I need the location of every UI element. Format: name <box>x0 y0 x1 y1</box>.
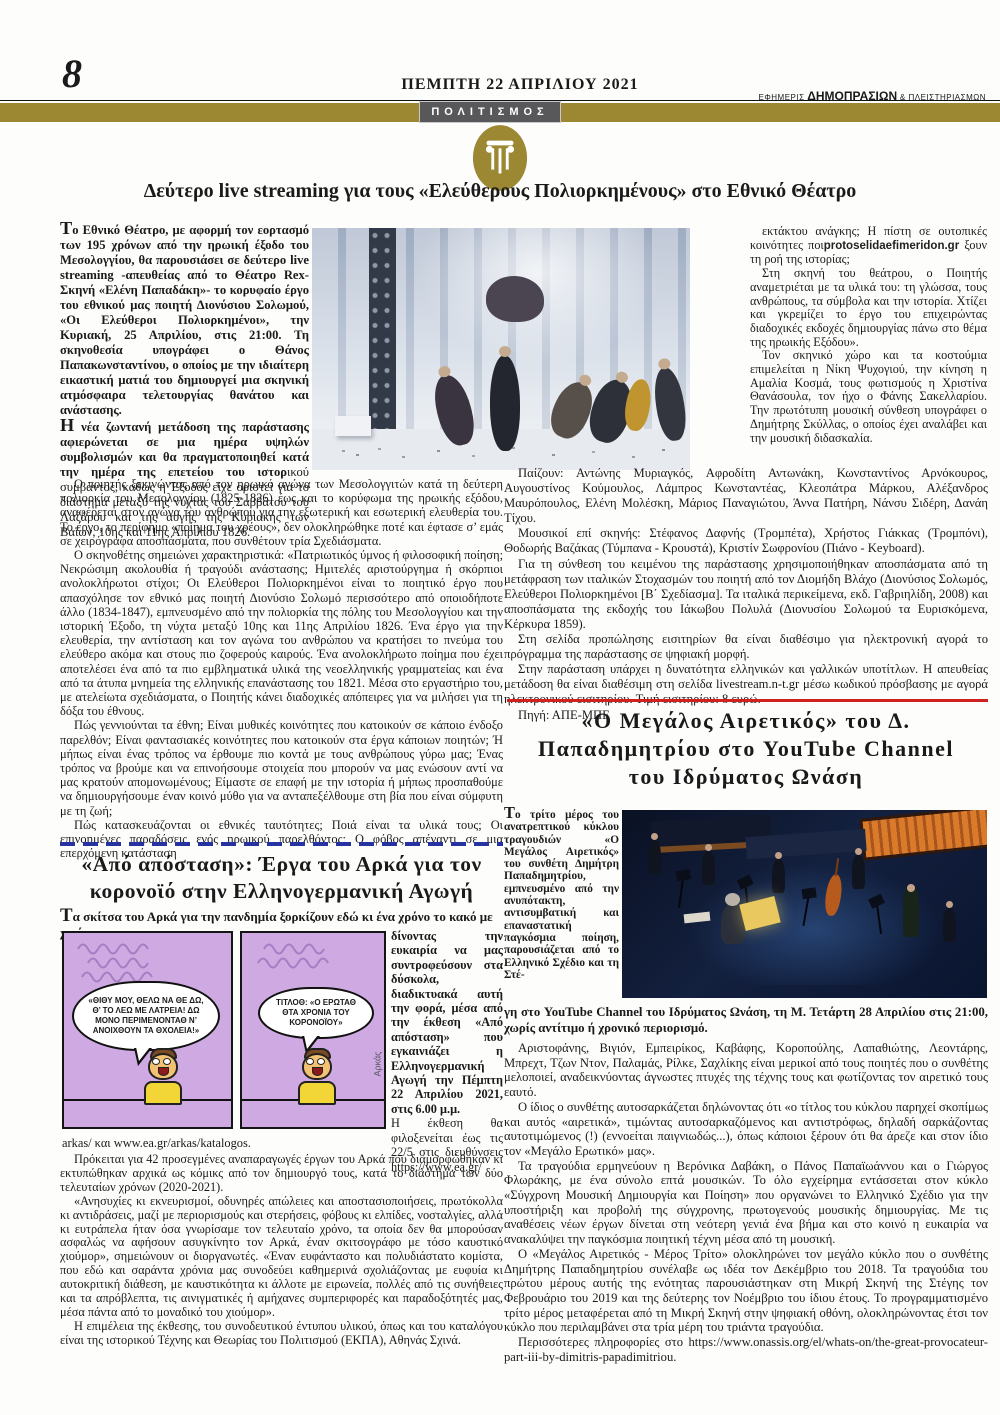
character-shirt <box>144 1081 182 1105</box>
article2-headline: «Από απόσταση»: Έργα του Αρκά για τον κο… <box>60 851 503 905</box>
article3-body-p1: Αριστοφάνης, Βιγιόν, Εμπειρίκος, Καβάφης… <box>504 1041 988 1100</box>
character-mouth <box>158 1067 169 1076</box>
article2-body-p1: Πρόκειται για 42 προσεγμένες αναπαραγωγέ… <box>60 1153 503 1195</box>
article2-headline-line1: «Από απόσταση»: Έργα του Αρκά για τον <box>81 852 481 876</box>
article1-credits: Παίζουν: Αντώνης Μυριαγκός, Αφροδίτη Αντ… <box>504 466 988 723</box>
newspaper-page: 8 ΠΕΜΠΤΗ 22 ΑΠΡΙΛΙΟΥ 2021 ΕΦΗΜΕΡΙΣ ΔΗΜΟΠ… <box>0 0 1000 1415</box>
article3-headline-line1: «Ο Μεγάλος Αιρετικός» του Δ. <box>581 708 910 733</box>
red-separator <box>507 699 988 702</box>
article3-side-bold: Το τρίτο μέρος του ανατρεπτικού κύκλου τ… <box>504 806 619 981</box>
date-line: ΠΕΜΠΤΗ 22 ΑΠΡΙΛΙΟΥ 2021 <box>310 76 730 94</box>
article1-musicians: Μουσικοί επί σκηνής: Στέφανος Δαφνής (Τρ… <box>504 526 988 556</box>
article1-program-note: Στη σελίδα προπώλησης εισιτηρίων θα είνα… <box>504 632 988 662</box>
article1-text-sources: Για τη σύνθεση του κειμένου της παράστασ… <box>504 557 988 632</box>
article3-body-p4: Ο «Μεγάλος Αιρετικός - Μέρος Τρίτο» ολοκ… <box>504 1247 988 1335</box>
article2-headline-line2: κορονοϊό στην Ελληνογερμανική Αγωγή <box>90 879 474 903</box>
article2-link-continuation: arkas/ και www.ea.gr/arkas/katalogos. <box>62 1136 502 1151</box>
stage-pillar <box>369 228 396 441</box>
musician-figure <box>943 908 956 942</box>
theatre-performance-photo <box>312 228 690 470</box>
musician-figure <box>648 840 661 874</box>
character-mouth <box>312 1067 323 1076</box>
article2-side-bold: δίνοντας την ευκαιρία να μας συντροφεύσο… <box>391 929 503 1116</box>
singer-figure <box>903 885 919 937</box>
article1-right-p1: εκτάκτου ανάγκης; Η πίστη σε ουτοπικές κ… <box>750 225 987 267</box>
speech-bubble: «ΘΙΘΥ ΜΟΥ, ΘΕΛΩ ΝΑ ΘΕ ΔΩ, Θ’ ΤΟ ΛΕΩ ΜΕ Λ… <box>72 981 220 1051</box>
article2-body: Πρόκειται για 42 προσεγμένες αναπαραγωγέ… <box>60 1153 503 1348</box>
article3-headline-line2: Παπαδημητρίου στο YouTube Channel <box>538 736 954 761</box>
speech-bubble: ΤΙΤΛΟΘ: «Ο ΕΡΩΤΑΘ ΘΤΑ ΧΡΟΝΙΑ ΤΟΥ ΚΟΡΟΝΟΪ… <box>258 987 374 1039</box>
article3-body: Αριστοφάνης, Βιγιόν, Εμπειρίκος, Καβάφης… <box>504 1041 988 1364</box>
page-number: 8 <box>62 50 82 97</box>
article1-right-p2: Στη σκηνή του θεάτρου, ο Ποιητής αναμετρ… <box>750 267 987 349</box>
article3-headline-line3: του Ιδρύματος Ωνάση <box>629 764 864 789</box>
character-shirt <box>298 1081 336 1105</box>
marble-block <box>335 416 371 436</box>
blue-dashed-separator <box>60 842 503 846</box>
music-stand <box>678 878 684 908</box>
actor-figure <box>490 355 520 451</box>
orchestra-concert-photo <box>622 810 987 998</box>
article1-intro2-bold: Η νέα ζωντανή μετάδοση της παράστασης αφ… <box>60 420 309 479</box>
article1-intro-paragraph: Το Εθνικό Θέατρο, με αφορμή τον εορτασμό… <box>60 221 309 418</box>
comic-panel-1: «ΘΙΘΥ ΜΟΥ, ΘΕΛΩ ΝΑ ΘΕ ΔΩ, Θ’ ΤΟ ΛΕΩ ΜΕ Λ… <box>62 931 233 1129</box>
article1-right-column: εκτάκτου ανάγκης; Η πίστη σε ουτοπικές κ… <box>750 225 987 445</box>
arkas-comic-strip: «ΘΙΘΥ ΜΟΥ, ΘΕΛΩ ΝΑ ΘΕ ΔΩ, Θ’ ΤΟ ΛΕΩ ΜΕ Λ… <box>62 931 386 1129</box>
watermark: protoselidaefimeridon.gr <box>824 240 959 252</box>
article1-headline: Δεύτερο live streaming για τους «Ελεύθερ… <box>40 180 960 203</box>
article1-cast: Παίζουν: Αντώνης Μυριαγκός, Αφροδίτη Αντ… <box>504 466 988 526</box>
musician-figure <box>702 851 715 885</box>
article1-body-p1: Ο ποιητής ξεκινώντας από τον ηρωικό αγών… <box>60 477 503 548</box>
article2-body-p2: «Ανησυχίες κι εκνευρισμοί, οδυνηρές απώλ… <box>60 1195 503 1320</box>
actor-group <box>486 276 544 322</box>
article3-body-p2: Ο ίδιος ο συνθέτης αυτοσαρκάζεται δηλώνο… <box>504 1100 988 1159</box>
section-label: ΠΟΛΙΤΙΣΜΟΣ <box>419 101 561 123</box>
article1-body-p2: Ο σκηνοθέτης σημειώνει χαρακτηριστικά: «… <box>60 548 503 718</box>
musician-figure <box>772 859 785 893</box>
article3-body-p3: Τα τραγούδια ερμηνεύουν η Βερόνικα Δαβάκ… <box>504 1159 988 1247</box>
cartoon-character <box>290 1049 344 1105</box>
article2-body-p3: Η επιμέλεια της έκθεσης, του συνοδευτικο… <box>60 1320 503 1348</box>
article3-headline: «Ο Μεγάλος Αιρετικός» του Δ. Παπαδημητρί… <box>505 707 987 791</box>
stage-debris <box>342 450 345 452</box>
marimba <box>859 810 987 861</box>
cartoon-character <box>136 1049 190 1105</box>
article1-right-p3: Τον σκηνικό χώρο και τα κοστούμια επιμελ… <box>750 349 987 445</box>
handwriting-squiggles <box>250 939 380 969</box>
article3-body-p5: Περισσότερες πληροφορίες στο https://www… <box>504 1335 988 1364</box>
artist-signature: Αρκάς <box>372 1051 382 1076</box>
musician-figure <box>852 855 865 889</box>
article1-body-p3: Πώς γεννιούνται τα έθνη; Είναι μυθικές κ… <box>60 718 503 817</box>
handwriting-squiggles <box>72 939 222 983</box>
speech-bubble-text: ΤΙΤΛΟΘ: «Ο ΕΡΩΤΑΘ ΘΤΑ ΧΡΟΝΙΑ ΤΟΥ ΚΟΡΟΝΟΪ… <box>270 998 362 1028</box>
article3-lead-continuation: γη στο YouTube Channel του Ιδρύματος Ωνά… <box>504 1005 988 1036</box>
article3-side-column: Το τρίτο μέρος του ανατρεπτικού κύκλου τ… <box>504 806 619 981</box>
article1-body: Ο ποιητής ξεκινώντας από τον ηρωικό αγών… <box>60 477 503 860</box>
comic-panel-2: ΤΙΤΛΟΘ: «Ο ΕΡΩΤΑΘ ΘΤΑ ΧΡΟΝΙΑ ΤΟΥ ΚΟΡΟΝΟΪ… <box>240 931 386 1129</box>
speech-bubble-text: «ΘΙΘΥ ΜΟΥ, ΘΕΛΩ ΝΑ ΘΕ ΔΩ, Θ’ ΤΟ ΛΕΩ ΜΕ Λ… <box>84 996 208 1036</box>
